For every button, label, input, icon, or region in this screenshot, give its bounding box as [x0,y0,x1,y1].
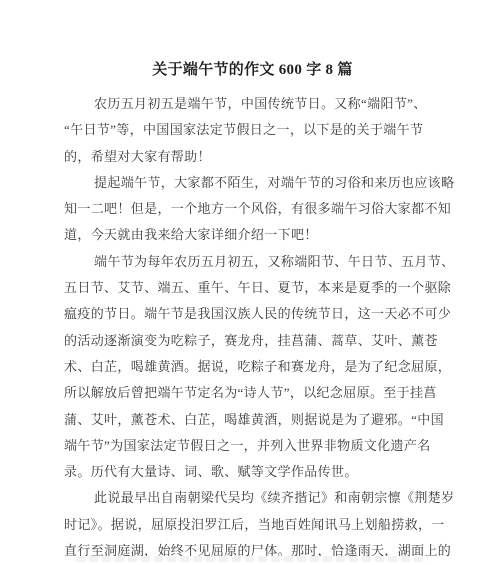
text-line: 端午节”为国家法定节假日之一，并列入世界非物质文化遗产名 [64,433,441,459]
text-line: 蒲、艾叶，薰苍术、白芷，喝雄黄酒，则据说是为了避邪。“中国 [64,407,441,433]
text-line: 提起端午节，大家都不陌生，对端午节的习俗和来历也应该略 [64,170,441,196]
truncated-text-ghost [76,556,428,562]
text-line: 录。历代有大量诗、词、歌、赋等文学作品传世。 [64,459,441,485]
text-line: 的，希望对大家有帮助！ [64,144,441,170]
text-line: 此说最早出自南朝梁代吴均《续齐揩记》和南朝宗懔《荆楚岁 [64,485,441,511]
text-line: “午日节”等，中国国家法定节假日之一，以下是的关于端午节 [64,117,441,143]
text-line: 农历五月初五是端午节，中国传统节日。又称“端阳节”、 [64,91,441,117]
essay-body: 农历五月初五是端午节，中国传统节日。又称“端阳节”、“午日节”等，中国国家法定节… [64,91,441,564]
document-page: 关于端午节的作文 600 字 8 篇 农历五月初五是端午节，中国传统节日。又称“… [0,0,500,565]
text-line: 所以解放后曾把端午节定名为“诗人节”，以纪念屈原。至于挂菖 [64,380,441,406]
text-line: 的活动逐渐演变为吃粽子，赛龙舟，挂菖蒲、蒿草、艾叶、薰苍 [64,328,441,354]
text-line: 知一二吧！但是，一个地方一个风俗，有很多端午习俗大家都不知 [64,196,441,222]
text-line: 端午节为每年农历五月初五，又称端阳节、午日节、五月节、 [64,249,441,275]
text-line: 瘟疫的节日。端午节是我国汉族人民的传统节日，这一天必不可少 [64,301,441,327]
text-line: 五日节、艾节、端五、重午、午日、夏节，本来是夏季的一个驱除 [64,275,441,301]
text-line: 术、白芷，喝雄黄酒。据说，吃粽子和赛龙舟，是为了纪念屈原， [64,354,441,380]
text-line: 时记》。据说，屈原投汨罗江后，当地百姓闻讯马上划船捞救，一 [64,512,441,538]
text-line: 道，今天就由我来给大家详细介绍一下吧！ [64,222,441,248]
document-title: 关于端午节的作文 600 字 8 篇 [64,55,441,85]
